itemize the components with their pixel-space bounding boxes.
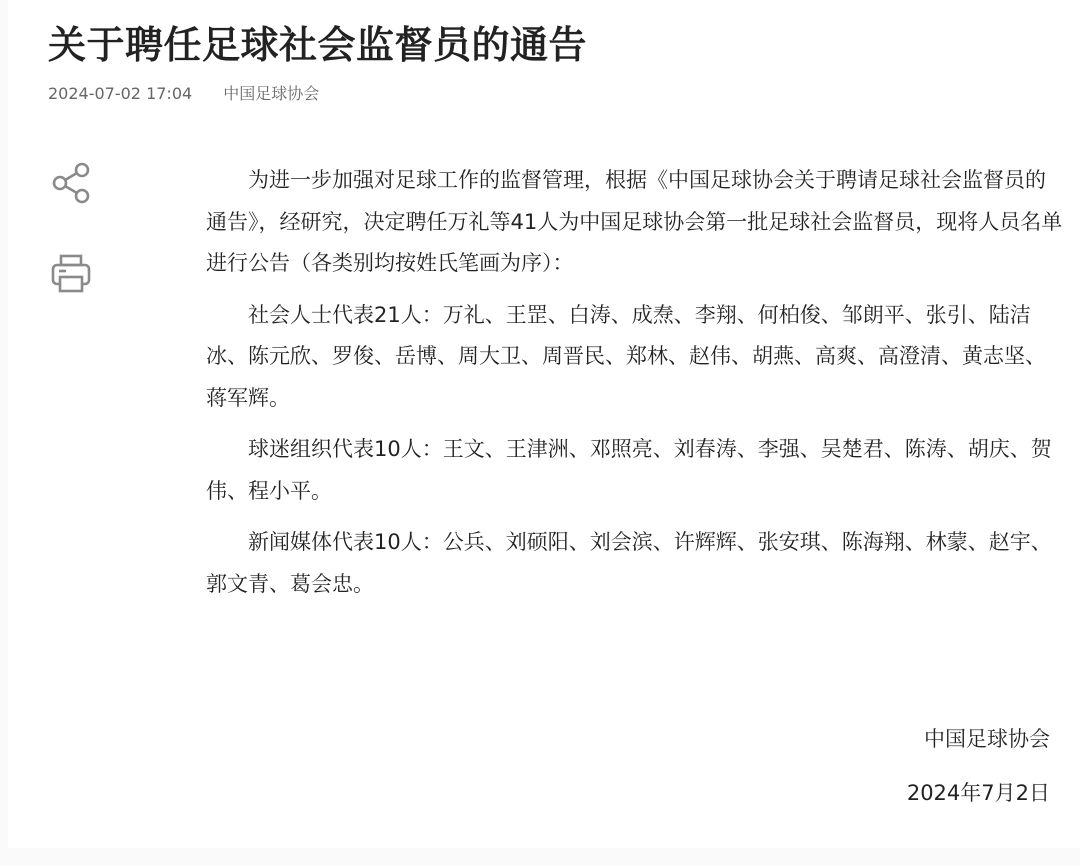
article-title: 关于聘任足球社会监督员的通告 xyxy=(48,20,587,70)
fan-organization-representatives-paragraph: 球迷组织代表10人：王文、王津洲、邓照亮、刘春涛、李强、吴楚君、陈涛、胡庆、贺伟… xyxy=(206,429,1066,512)
side-toolbar xyxy=(46,158,98,338)
article-meta: 2024-07-02 17:04 中国足球协会 xyxy=(48,82,319,106)
printer-icon xyxy=(46,248,96,298)
signature-organization: 中国足球协会 xyxy=(907,718,1050,760)
signature-date: 2024年7月2日 xyxy=(907,781,1050,805)
share-icon xyxy=(46,158,96,208)
article-source: 中国足球协会 xyxy=(223,84,319,103)
intro-paragraph: 为进一步加强对足球工作的监督管理，根据《中国足球协会关于聘请足球社会监督员的通告… xyxy=(206,160,1066,285)
public-representatives-paragraph: 社会人士代表21人：万礼、王罡、白涛、成焘、李翔、何柏俊、邹朗平、张引、陆洁冰、… xyxy=(206,295,1066,420)
signature-block: 中国足球协会 2024年7月2日 xyxy=(907,718,1050,814)
article-body: 为进一步加强对足球工作的监督管理，根据《中国足球协会关于聘请足球社会监督员的通告… xyxy=(206,160,1066,615)
print-button[interactable] xyxy=(46,248,96,298)
media-representatives-paragraph: 新闻媒体代表10人：公兵、刘硕阳、刘会滨、许辉辉、张安琪、陈海翔、林蒙、赵宇、郭… xyxy=(206,522,1066,605)
share-button[interactable] xyxy=(46,158,96,208)
publish-datetime: 2024-07-02 17:04 xyxy=(48,84,192,103)
article-page: 关于聘任足球社会监督员的通告 2024-07-02 17:04 中国足球协会 为… xyxy=(8,0,1080,848)
